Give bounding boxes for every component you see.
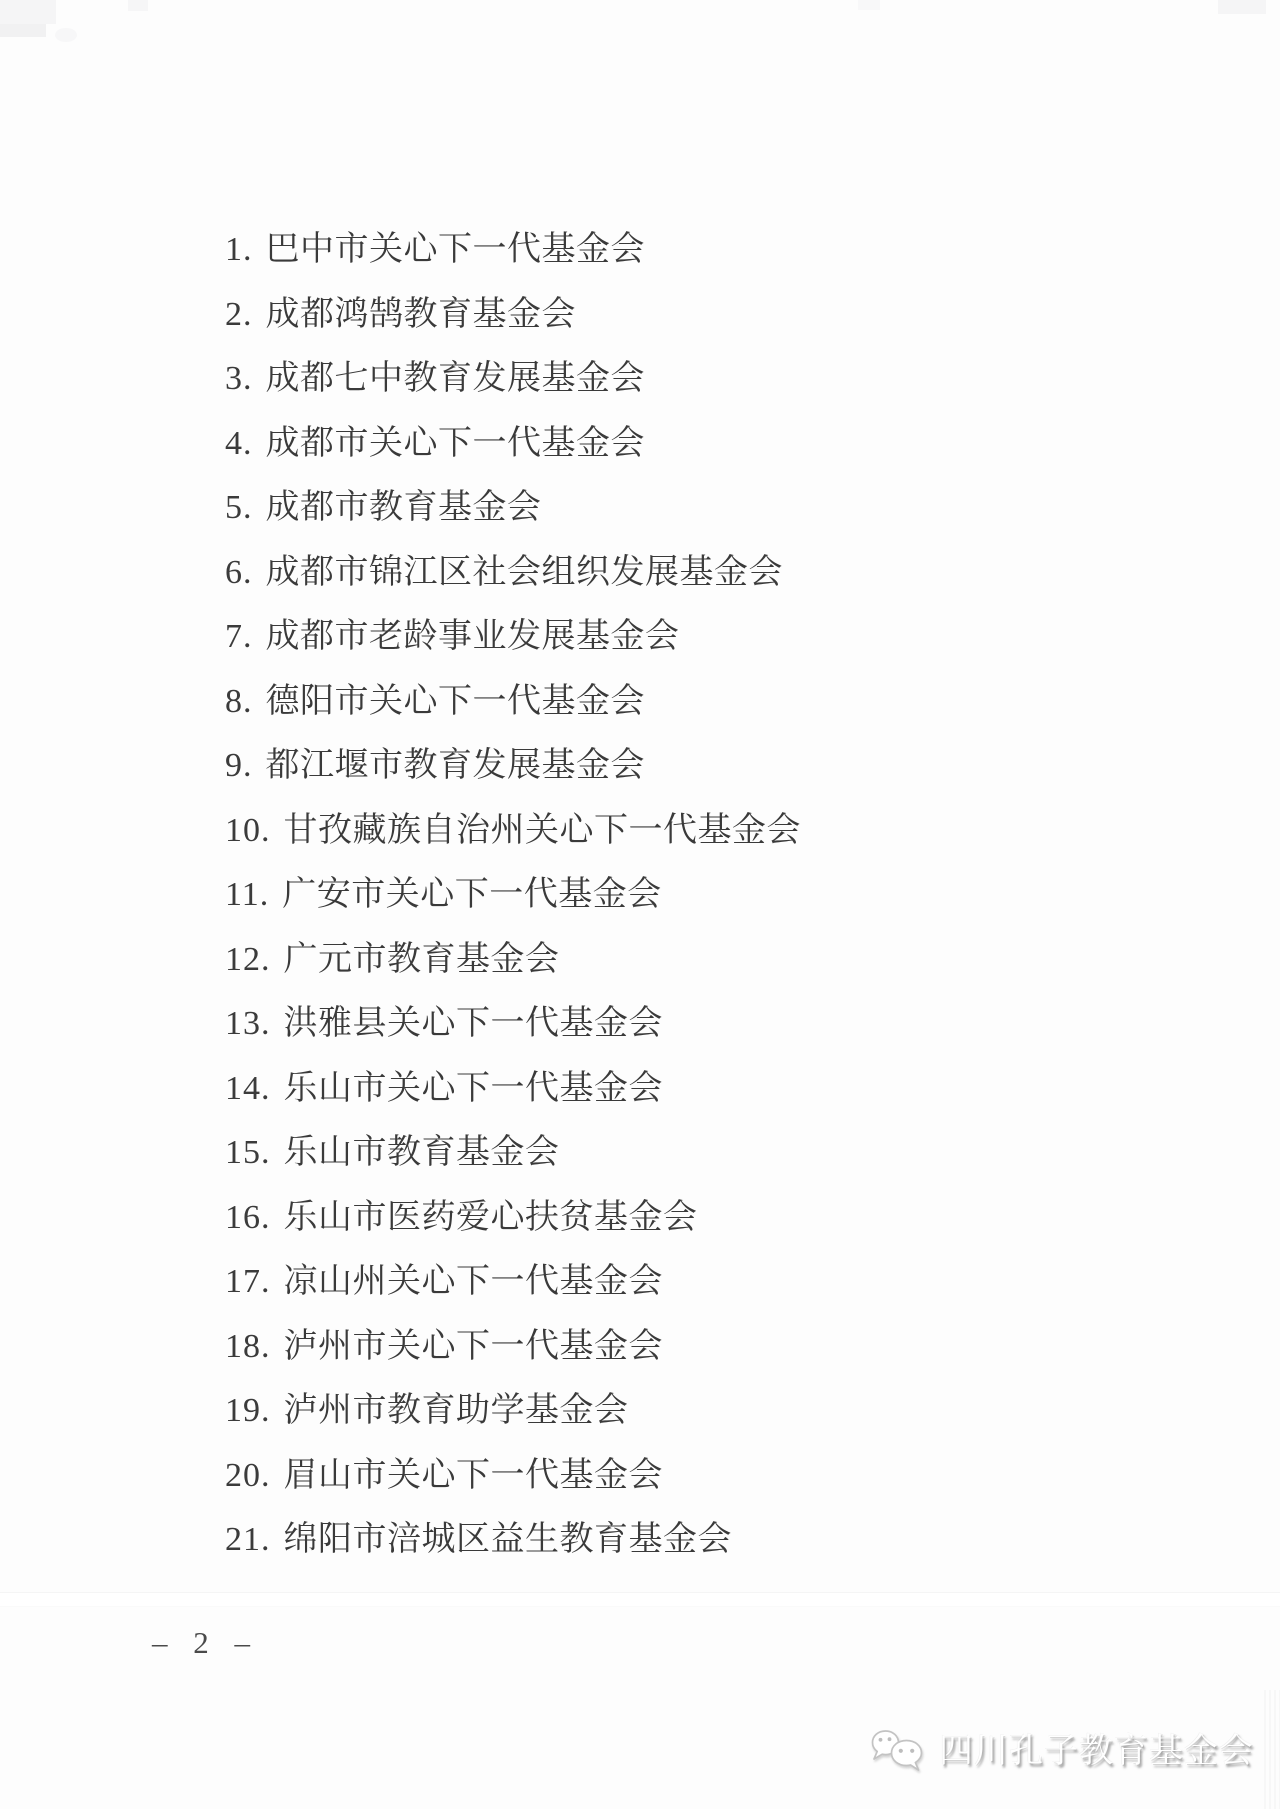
item-name: 成都鸿鹄教育基金会	[266, 298, 577, 332]
item-name: 德阳市关心下一代基金会	[266, 685, 646, 719]
item-name: 乐山市关心下一代基金会	[284, 1072, 664, 1106]
item-name: 广安市关心下一代基金会	[282, 878, 662, 912]
watermark-label: 四川孔子教育基金会	[939, 1731, 1254, 1771]
item-number: 16.	[225, 1201, 271, 1235]
item-name: 洪雅县关心下一代基金会	[284, 1007, 664, 1041]
list-item: 21.绵阳市涪城区益生教育基金会	[225, 1523, 801, 1557]
item-number: 9.	[225, 749, 253, 783]
item-name: 成都市老龄事业发展基金会	[266, 620, 680, 654]
item-number: 11.	[225, 878, 269, 912]
item-number: 5.	[225, 491, 253, 525]
item-name: 都江堰市教育发展基金会	[266, 749, 646, 783]
list-item: 19.泸州市教育助学基金会	[225, 1394, 801, 1428]
item-name: 成都市关心下一代基金会	[266, 427, 646, 461]
item-number: 12.	[225, 943, 271, 977]
item-name: 乐山市医药爱心扶贫基金会	[284, 1201, 698, 1235]
scan-artifact	[1218, 0, 1266, 14]
item-name: 广元市教育基金会	[284, 943, 560, 977]
list-item: 9.都江堰市教育发展基金会	[225, 749, 801, 783]
scan-artifact	[0, 24, 46, 37]
scan-artifact	[858, 0, 880, 10]
list-item: 8.德阳市关心下一代基金会	[225, 685, 801, 719]
item-number: 1.	[225, 233, 253, 267]
list-item: 4.成都市关心下一代基金会	[225, 427, 801, 461]
item-name: 成都七中教育发展基金会	[266, 362, 646, 396]
wechat-watermark: 四川孔子教育基金会	[869, 1728, 1254, 1774]
list-item: 18.泸州市关心下一代基金会	[225, 1330, 801, 1364]
foundation-list: 1.巴中市关心下一代基金会2.成都鸿鹄教育基金会3.成都七中教育发展基金会4.成…	[225, 233, 801, 1588]
list-item: 5.成都市教育基金会	[225, 491, 801, 525]
item-number: 20.	[225, 1459, 271, 1493]
item-number: 17.	[225, 1265, 271, 1299]
list-item: 1.巴中市关心下一代基金会	[225, 233, 801, 267]
item-number: 2.	[225, 298, 253, 332]
wechat-icon	[869, 1728, 927, 1774]
item-number: 3.	[225, 362, 253, 396]
scan-artifact-band	[0, 1592, 1280, 1607]
document-page: 1.巴中市关心下一代基金会2.成都鸿鹄教育基金会3.成都七中教育发展基金会4.成…	[0, 0, 1280, 1809]
item-name: 乐山市教育基金会	[284, 1136, 560, 1170]
list-item: 14.乐山市关心下一代基金会	[225, 1072, 801, 1106]
list-item: 12.广元市教育基金会	[225, 943, 801, 977]
item-number: 10.	[225, 814, 271, 848]
item-number: 18.	[225, 1330, 271, 1364]
item-name: 绵阳市涪城区益生教育基金会	[284, 1523, 733, 1557]
scan-artifact	[128, 0, 148, 11]
scan-artifact	[55, 28, 77, 42]
item-number: 4.	[225, 427, 253, 461]
list-item: 6.成都市锦江区社会组织发展基金会	[225, 556, 801, 590]
list-item: 20.眉山市关心下一代基金会	[225, 1459, 801, 1493]
item-name: 泸州市关心下一代基金会	[284, 1330, 664, 1364]
item-number: 8.	[225, 685, 253, 719]
item-number: 15.	[225, 1136, 271, 1170]
item-name: 成都市教育基金会	[266, 491, 542, 525]
scan-artifact-edge	[1264, 1690, 1280, 1809]
item-name: 巴中市关心下一代基金会	[266, 233, 646, 267]
item-number: 7.	[225, 620, 253, 654]
list-item: 16.乐山市医药爱心扶贫基金会	[225, 1201, 801, 1235]
list-item: 11.广安市关心下一代基金会	[225, 878, 801, 912]
list-item: 17.凉山州关心下一代基金会	[225, 1265, 801, 1299]
list-item: 2.成都鸿鹄教育基金会	[225, 298, 801, 332]
item-name: 泸州市教育助学基金会	[284, 1394, 629, 1428]
item-number: 13.	[225, 1007, 271, 1041]
list-item: 13.洪雅县关心下一代基金会	[225, 1007, 801, 1041]
item-number: 6.	[225, 556, 253, 590]
item-number: 19.	[225, 1394, 271, 1428]
item-name: 眉山市关心下一代基金会	[284, 1459, 664, 1493]
scan-artifact	[0, 0, 56, 24]
list-item: 7.成都市老龄事业发展基金会	[225, 620, 801, 654]
list-item: 10.甘孜藏族自治州关心下一代基金会	[225, 814, 801, 848]
list-item: 3.成都七中教育发展基金会	[225, 362, 801, 396]
page-number: – 2 –	[152, 1627, 259, 1658]
item-number: 21.	[225, 1523, 271, 1557]
item-number: 14.	[225, 1072, 271, 1106]
item-name: 凉山州关心下一代基金会	[284, 1265, 664, 1299]
list-item: 15.乐山市教育基金会	[225, 1136, 801, 1170]
item-name: 成都市锦江区社会组织发展基金会	[266, 556, 784, 590]
item-name: 甘孜藏族自治州关心下一代基金会	[284, 814, 802, 848]
